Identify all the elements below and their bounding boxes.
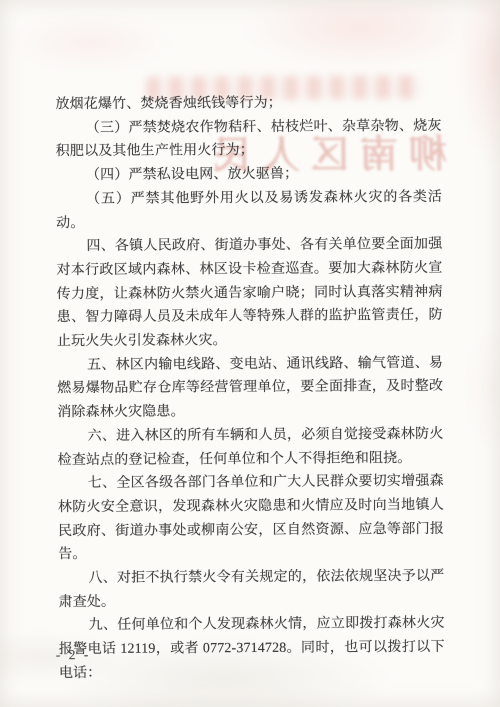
paragraph: 放烟花爆竹、焚烧香烛纸钱等行为； xyxy=(55,91,441,117)
paragraph: 八、对拒不执行禁火令有关规定的，依法依规坚决予以严肃查处。 xyxy=(58,565,444,615)
paragraph: （四）严禁私设电网、放火驱兽； xyxy=(56,162,442,188)
paragraph: 四、各镇人民政府、街道办事处、各有关单位要全面加强对本行政区域内森林、林区设卡检… xyxy=(56,233,443,354)
page-number: - 2 - xyxy=(56,647,91,663)
paragraph: 九、任何单位和个人发现森林火情，应立即拨打森林火灾报警电话 12119，或者 0… xyxy=(59,612,445,685)
document-body: 放烟花爆竹、焚烧香烛纸钱等行为；（三）严禁焚烧农作物秸秆、枯枝烂叶、杂草杂物、烧… xyxy=(55,91,445,686)
paragraph: 七、全区各级各部门各单位和广大人民群众要切实增强森林防火安全意识，发现森林火灾隐… xyxy=(58,470,445,567)
paragraph: 五、林区内输电线路、变电站、通讯线路、输气管道、易燃易爆物品贮存仓库等经营管理单… xyxy=(57,352,443,425)
paragraph: （五）严禁其他野外用火以及易诱发森林火灾的各类活动。 xyxy=(56,186,442,236)
paragraph: 六、进入林区的所有车辆和人员，必须自觉接受森林防火检查站点的登记检查，任何单位和… xyxy=(57,423,443,473)
paragraph: （三）严禁焚烧农作物秸秆、枯枝烂叶、杂草杂物、烧灰积肥以及其他生产性用火行为； xyxy=(56,115,442,165)
scan-content-layer: 柳南区人民 放烟花爆竹、焚烧香烛纸钱等行为；（三）严禁焚烧农作物秸秆、枯枝烂叶、… xyxy=(0,0,500,707)
scanned-document-page: 柳南区人民 放烟花爆竹、焚烧香烛纸钱等行为；（三）严禁焚烧农作物秸秆、枯枝烂叶、… xyxy=(0,0,500,707)
